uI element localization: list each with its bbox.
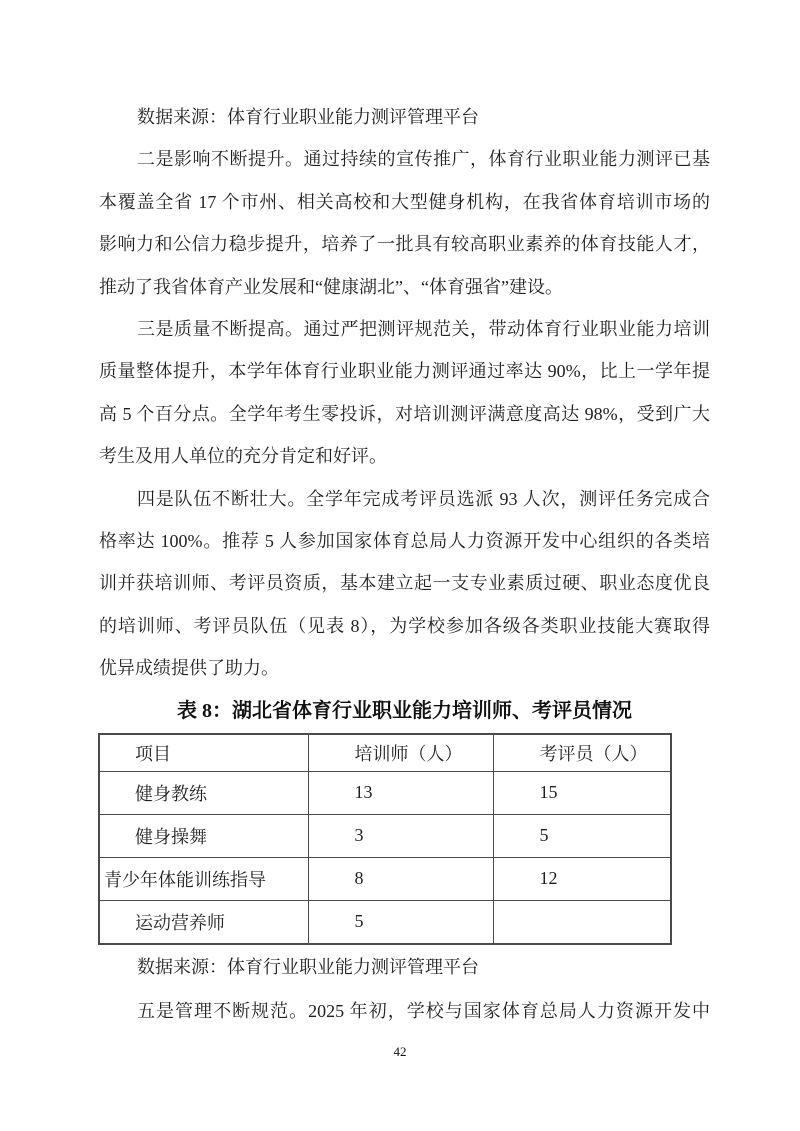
paragraph-line: 二是影响不断提升。通过持续的宣传推广，体育行业职业能力测评已基 — [99, 138, 710, 180]
table-cell-assessors: 15 — [493, 771, 671, 814]
table-cell-trainers: 13 — [308, 771, 493, 814]
table-row: 运动营养师 5 — [99, 900, 671, 944]
page-number: 42 — [0, 1044, 800, 1060]
table-cell-trainers: 3 — [308, 814, 493, 857]
paragraph-line: 格率达 100%。推荐 5 人参加国家体育总局人力资源开发中心组织的各类培 — [99, 520, 710, 562]
table-cell-item: 青少年体能训练指导 — [99, 857, 308, 900]
table-header-item: 项目 — [99, 734, 308, 772]
paragraph-line: 的培训师、考评员队伍（见表 8），为学校参加各级各类职业技能大赛取得 — [99, 605, 710, 647]
table-header-assessors: 考评员（人） — [493, 734, 671, 772]
table-cell-item: 健身操舞 — [99, 814, 308, 857]
paragraph-line: 五是管理不断规范。2025 年初，学校与国家体育总局人力资源开发中 — [99, 989, 710, 1033]
paragraph-team: 四是队伍不断壮大。全学年完成考评员选派 93 人次，测评任务完成合 格率达 10… — [99, 478, 710, 690]
paragraph-line: 考生及用人单位的充分肯定和好评。 — [99, 435, 710, 477]
paragraph-line: 三是质量不断提高。通过严把测评规范关，带动体育行业职业能力培训 — [99, 308, 710, 350]
table-row: 青少年体能训练指导 8 12 — [99, 857, 671, 900]
table-row: 健身操舞 3 5 — [99, 814, 671, 857]
paragraph-line: 质量整体提升，本学年体育行业职业能力测评通过率达 90%，比上一学年提 — [99, 350, 710, 392]
data-source-note-bottom: 数据来源：体育行业职业能力测评管理平台 — [99, 945, 710, 989]
paragraph-management: 五是管理不断规范。2025 年初，学校与国家体育总局人力资源开发中 — [99, 989, 710, 1033]
paragraph-line: 影响力和公信力稳步提升，培养了一批具有较高职业素养的体育技能人才， — [99, 223, 710, 265]
paragraph-line: 四是队伍不断壮大。全学年完成考评员选派 93 人次，测评任务完成合 — [99, 478, 710, 520]
paragraph-line: 本覆盖全省 17 个市州、相关高校和大型健身机构，在我省体育培训市场的 — [99, 181, 710, 223]
table-header-trainers: 培训师（人） — [308, 734, 493, 772]
paragraph-line: 优异成绩提供了助力。 — [99, 647, 710, 689]
paragraph-quality: 三是质量不断提高。通过严把测评规范关，带动体育行业职业能力培训 质量整体提升，本… — [99, 308, 710, 478]
table-cell-item: 健身教练 — [99, 771, 308, 814]
table-cell-trainers: 5 — [308, 900, 493, 944]
table-cell-item: 运动营养师 — [99, 900, 308, 944]
paragraph-line: 训并获培训师、考评员资质，基本建立起一支专业素质过硬、职业态度优良 — [99, 562, 710, 604]
table-cell-trainers: 8 — [308, 857, 493, 900]
paragraph-influence: 二是影响不断提升。通过持续的宣传推广，体育行业职业能力测评已基 本覆盖全省 17… — [99, 138, 710, 308]
table-cell-assessors: 5 — [493, 814, 671, 857]
page-content: 数据来源：体育行业职业能力测评管理平台 二是影响不断提升。通过持续的宣传推广，体… — [99, 96, 710, 1033]
data-source-note-top: 数据来源：体育行业职业能力测评管理平台 — [99, 96, 710, 138]
table-row: 健身教练 13 15 — [99, 771, 671, 814]
paragraph-line: 推动了我省体育产业发展和“健康湖北”、“体育强省”建设。 — [99, 266, 710, 308]
table-title: 表 8：湖北省体育行业职业能力培训师、考评员情况 — [99, 690, 710, 733]
paragraph-line: 高 5 个百分点。全学年考生零投诉，对培训测评满意度高达 98%，受到广大 — [99, 393, 710, 435]
document-page: 数据来源：体育行业职业能力测评管理平台 二是影响不断提升。通过持续的宣传推广，体… — [0, 0, 800, 1131]
table-header-row: 项目 培训师（人） 考评员（人） — [99, 734, 671, 772]
table-cell-assessors — [493, 900, 671, 944]
table-cell-assessors: 12 — [493, 857, 671, 900]
table-trainers-assessors: 项目 培训师（人） 考评员（人） 健身教练 13 15 健身操舞 3 5 青少年… — [98, 733, 672, 945]
